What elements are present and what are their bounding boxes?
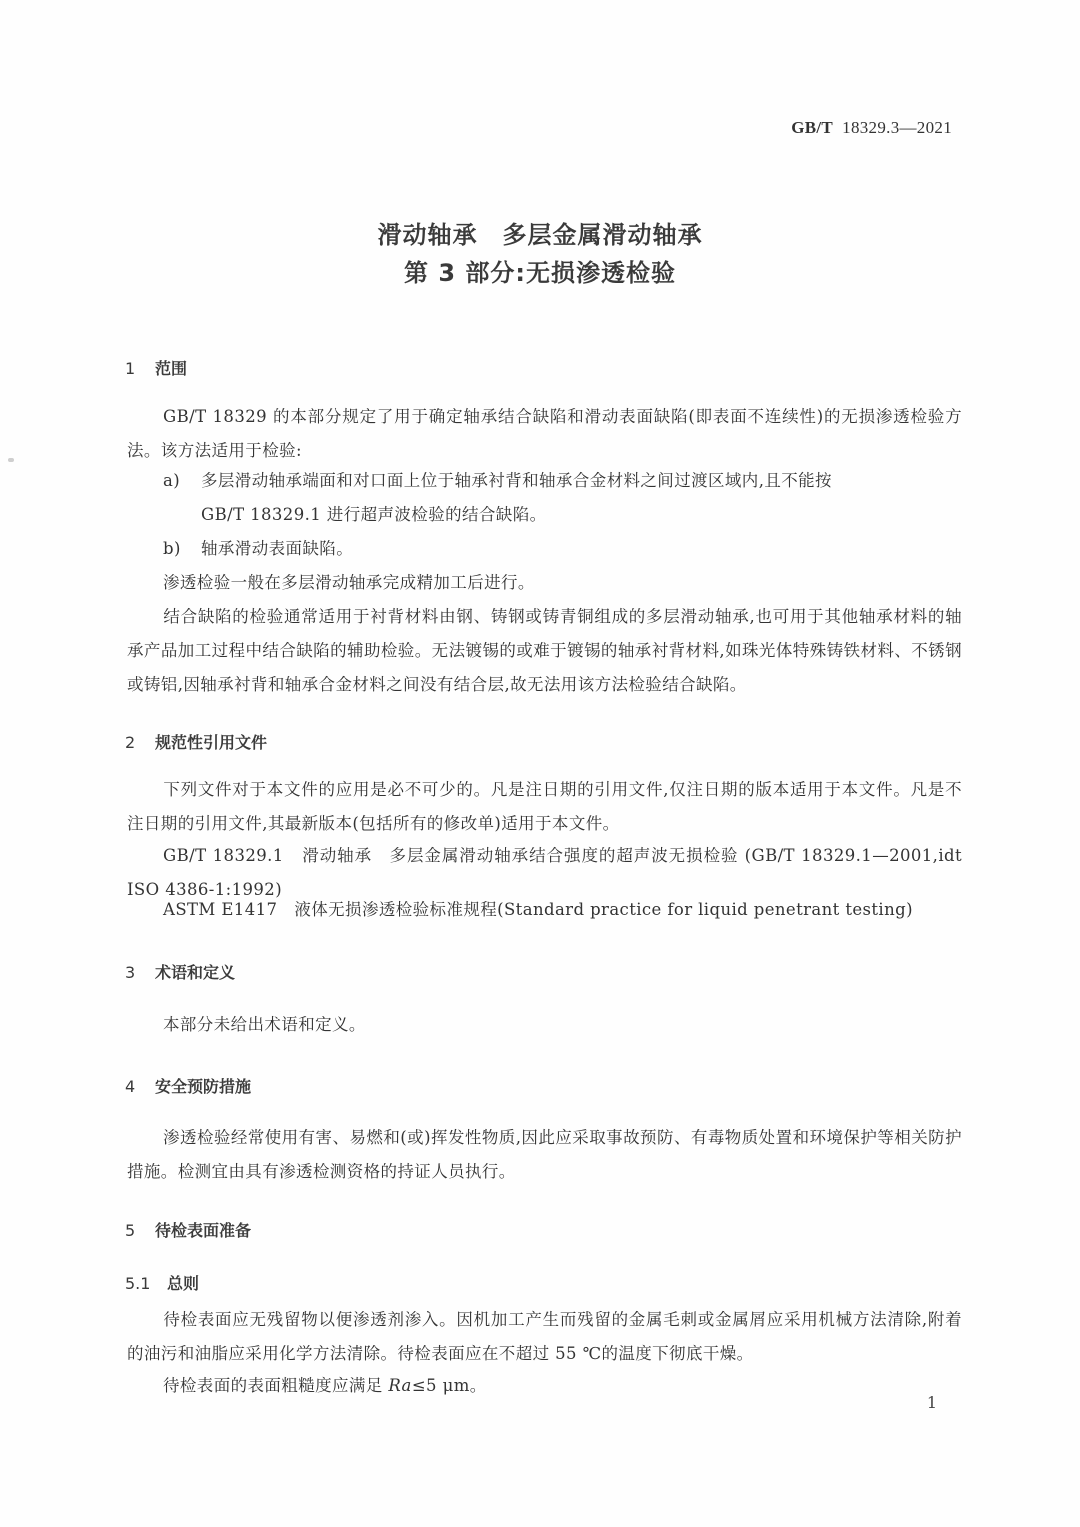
- paragraph-text: GB/T 18329 的本部分规定了用于确定轴承结合缺陷和滑动表面缺陷(即表面不…: [127, 407, 962, 460]
- list-item-b: b)轴承滑动表面缺陷。: [163, 532, 963, 566]
- standard-number: GB/T 18329.3—2021: [791, 118, 952, 138]
- paragraph-text: 本部分未给出术语和定义。: [163, 1015, 366, 1034]
- list-text: 轴承滑动表面缺陷。: [201, 539, 353, 558]
- page-number: 1: [927, 1393, 937, 1412]
- section-number: 3: [125, 963, 155, 982]
- paragraph-text: 渗透检验一般在多层滑动轴承完成精加工后进行。: [163, 573, 535, 592]
- paragraph-text: 渗透检验经常使用有害、易燃和(或)挥发性物质,因此应采取事故预防、有毒物质处置和…: [127, 1128, 962, 1181]
- paragraph-text-end: ≤5 μm。: [412, 1376, 487, 1395]
- reference-code: ASTM E1417: [163, 900, 277, 919]
- list-item-a: a)多层滑动轴承端面和对口面上位于轴承衬背和轴承合金材料之间过渡区域内,且不能按…: [163, 464, 963, 532]
- subsection-title: 总则: [167, 1274, 199, 1293]
- section-number: 1: [125, 359, 155, 378]
- standard-code: 18329.3—2021: [842, 118, 952, 137]
- paragraph-text: 结合缺陷的检验通常适用于衬背材料由钢、铸钢或铸青铜组成的多层滑动轴承,也可用于其…: [127, 607, 962, 694]
- section-1-heading: 1范围: [125, 356, 187, 379]
- section-3-heading: 3术语和定义: [125, 960, 235, 983]
- section-3-paragraph-1: 本部分未给出术语和定义。: [127, 1008, 962, 1042]
- section-number: 2: [125, 733, 155, 752]
- paragraph-text: 待检表面应无残留物以便渗透剂渗入。因机加工产生而残留的金属毛刺或金属屑应采用机械…: [127, 1310, 962, 1363]
- section-1-paragraph-1: GB/T 18329 的本部分规定了用于确定轴承结合缺陷和滑动表面缺陷(即表面不…: [127, 400, 962, 468]
- list-marker: b): [163, 532, 201, 566]
- section-title: 规范性引用文件: [155, 733, 267, 752]
- section-title: 术语和定义: [155, 963, 235, 982]
- title-line-2: 第 3 部分:无损渗透检验: [0, 254, 1080, 292]
- title-line-1: 滑动轴承 多层金属滑动轴承: [0, 216, 1080, 254]
- section-number: 5: [125, 1221, 155, 1240]
- list-text: 多层滑动轴承端面和对口面上位于轴承衬背和轴承合金材料之间过渡区域内,且不能按: [201, 471, 832, 490]
- reference-2: ASTM E1417 液体无损渗透检验标准规程(Standard practic…: [127, 893, 962, 927]
- scan-artifact: [8, 458, 14, 462]
- section-1-paragraph-2: 渗透检验一般在多层滑动轴承完成精加工后进行。: [127, 566, 962, 600]
- section-title: 安全预防措施: [155, 1077, 251, 1096]
- document-title: 滑动轴承 多层金属滑动轴承 第 3 部分:无损渗透检验: [0, 216, 1080, 292]
- list-text-continued: GB/T 18329.1 进行超声波检验的结合缺陷。: [163, 498, 963, 532]
- section-2-paragraph-1: 下列文件对于本文件的应用是必不可少的。凡是注日期的引用文件,仅注日期的版本适用于…: [127, 773, 962, 841]
- reference-code: GB/T 18329.1: [163, 846, 284, 865]
- section-1-paragraph-3: 结合缺陷的检验通常适用于衬背材料由钢、铸钢或铸青铜组成的多层滑动轴承,也可用于其…: [127, 600, 962, 702]
- reference-title: 液体无损渗透检验标准规程(Standard practice for liqui…: [294, 900, 913, 919]
- section-title: 范围: [155, 359, 187, 378]
- section-5-heading: 5待检表面准备: [125, 1218, 251, 1241]
- document-page: GB/T 18329.3—2021 滑动轴承 多层金属滑动轴承 第 3 部分:无…: [0, 0, 1080, 1527]
- section-5-1-paragraph-1: 待检表面应无残留物以便渗透剂渗入。因机加工产生而残留的金属毛刺或金属屑应采用机械…: [127, 1303, 962, 1371]
- section-5-1-heading: 5.1总则: [125, 1271, 199, 1294]
- paragraph-text: 下列文件对于本文件的应用是必不可少的。凡是注日期的引用文件,仅注日期的版本适用于…: [127, 780, 962, 833]
- standard-prefix: GB/T: [791, 118, 833, 137]
- section-number: 4: [125, 1077, 155, 1096]
- section-title: 待检表面准备: [155, 1221, 251, 1240]
- section-4-paragraph-1: 渗透检验经常使用有害、易燃和(或)挥发性物质,因此应采取事故预防、有毒物质处置和…: [127, 1121, 962, 1189]
- section-5-1-paragraph-2: 待检表面的表面粗糙度应满足 Ra≤5 μm。: [127, 1369, 962, 1403]
- roughness-variable: Ra: [388, 1376, 411, 1395]
- paragraph-text: 待检表面的表面粗糙度应满足: [163, 1376, 388, 1395]
- subsection-number: 5.1: [125, 1274, 167, 1293]
- list-marker: a): [163, 464, 201, 498]
- section-4-heading: 4安全预防措施: [125, 1074, 251, 1097]
- section-2-heading: 2规范性引用文件: [125, 730, 267, 753]
